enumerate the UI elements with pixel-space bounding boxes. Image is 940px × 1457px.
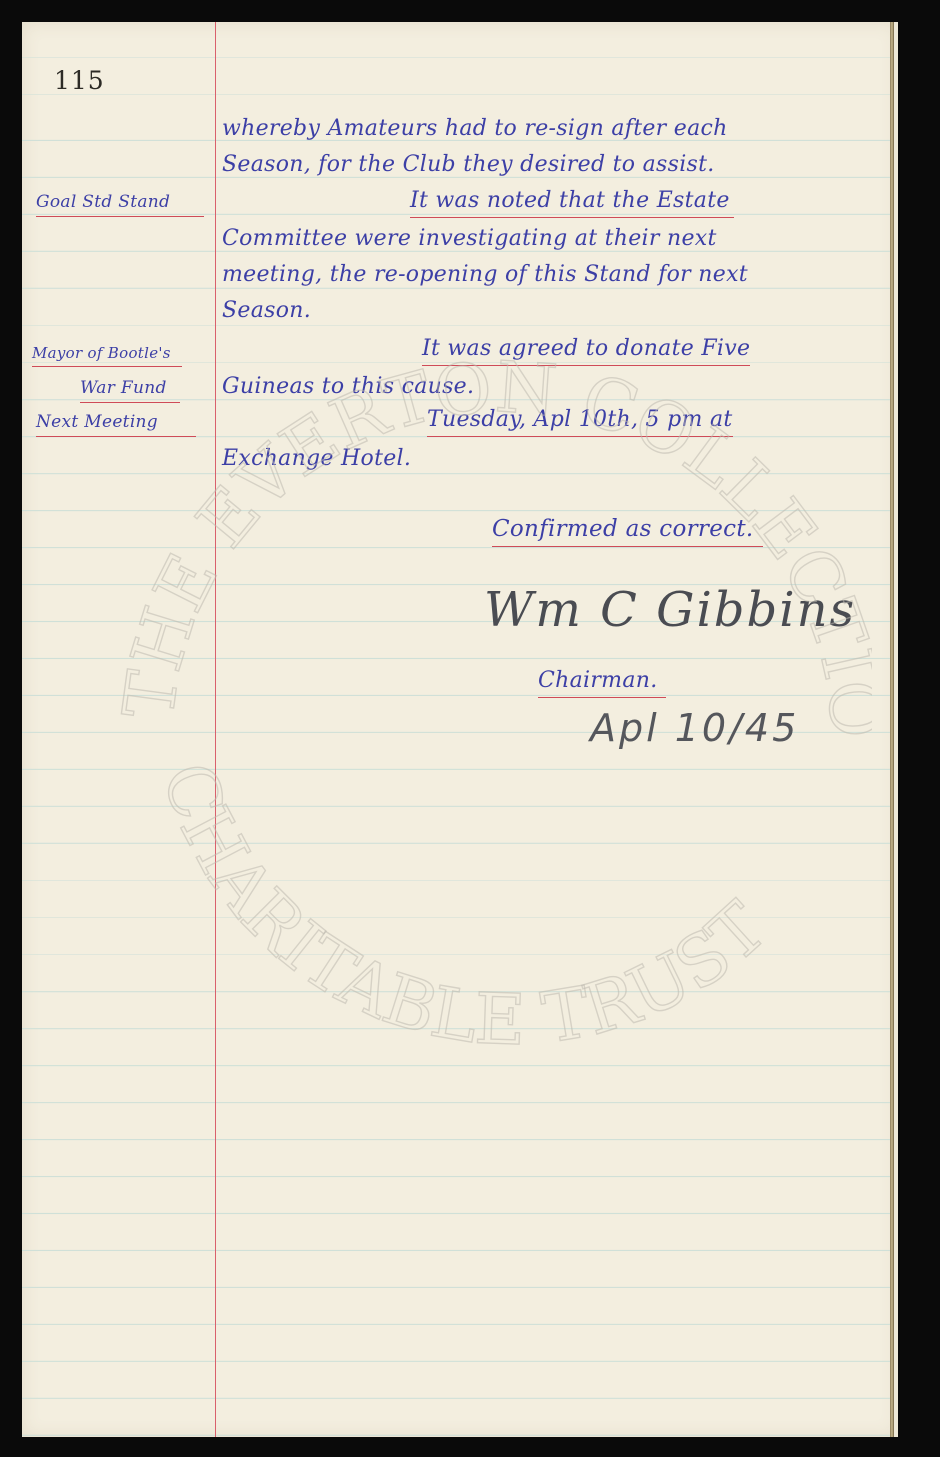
confirmed-as-correct: Confirmed as correct. (492, 516, 763, 547)
margin-note-mayor: Mayor of Bootle's (32, 344, 182, 367)
page-number: 115 (54, 66, 105, 95)
body-line-4: Committee were investigating at their ne… (222, 226, 717, 251)
adjacent-page-edge (894, 22, 898, 1437)
ledger-page: 115 Goal Std Stand Mayor of Bootle's War… (22, 22, 898, 1437)
chairman-signature: Wm C Gibbins (484, 582, 856, 638)
body-line-6: Season. (222, 298, 311, 323)
signature-date: Apl 10/45 (590, 706, 799, 750)
margin-line (215, 22, 216, 1437)
body-line-10: Exchange Hotel. (222, 446, 411, 471)
body-line-9: Tuesday, Apl 10th, 5 pm at (427, 407, 733, 437)
body-line-8: Guineas to this cause. (222, 374, 474, 399)
margin-note-goal-stand: Goal Std Stand (36, 192, 204, 217)
scan-frame: 115 Goal Std Stand Mayor of Bootle's War… (0, 0, 940, 1457)
margin-note-next-meeting: Next Meeting (36, 412, 196, 437)
margin-note-war-fund: War Fund (80, 378, 180, 403)
body-line-3: It was noted that the Estate (410, 188, 734, 218)
chairman-title: Chairman. (538, 668, 666, 698)
body-line-5: meeting, the re-opening of this Stand fo… (222, 262, 748, 287)
body-line-2: Season, for the Club they desired to ass… (222, 152, 715, 177)
body-line-7: It was agreed to donate Five (422, 336, 750, 366)
body-line-1: whereby Amateurs had to re-sign after ea… (222, 116, 728, 141)
